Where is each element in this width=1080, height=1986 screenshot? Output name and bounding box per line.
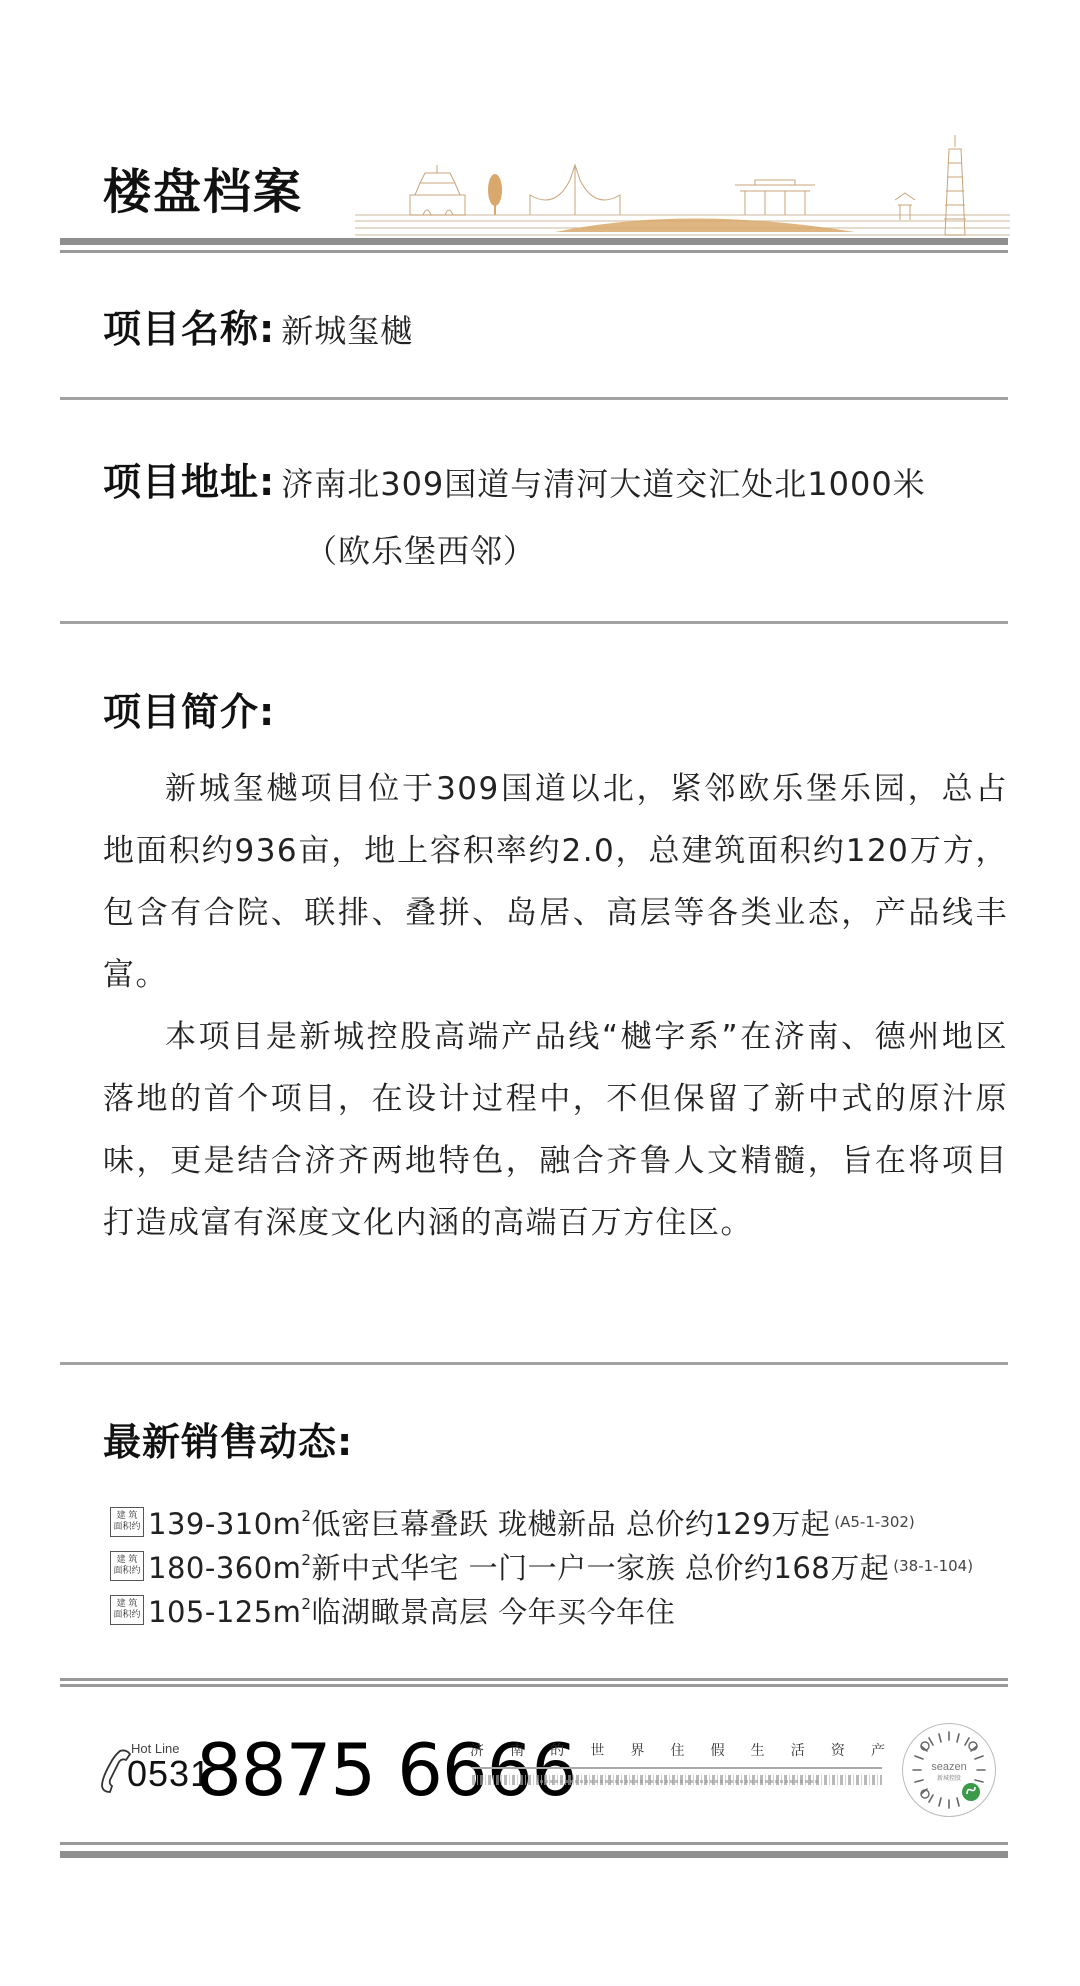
sales-item: 建 筑 面积约 180-360m2新中式华宅 一门一户一家族 总价约168万起 …: [110, 1544, 1010, 1588]
area-unit-sup: 2: [301, 1507, 311, 1525]
footer-rule-top-2: [60, 1684, 1008, 1687]
project-intro-label: 项目简介:: [103, 688, 275, 736]
slogan-char: 的: [550, 1740, 564, 1760]
slogan-char: 世: [590, 1740, 604, 1760]
project-address-line1: 济南北309国道与清河大道交汇处北1000米: [281, 460, 926, 508]
slogan-char: 住: [670, 1740, 684, 1760]
slogan-char: 假: [711, 1740, 725, 1760]
section-divider: [60, 397, 1008, 400]
sales-area: 180-360m: [148, 1551, 301, 1585]
sales-item-text: 105-125m2临湖瞰景高层 今年买今年住: [148, 1590, 675, 1631]
area-unit-sup: 2: [301, 1595, 311, 1613]
slogan-char: 产: [871, 1740, 885, 1760]
slogan-char: 南: [510, 1740, 524, 1760]
badge-line2: 面积约: [113, 1522, 140, 1533]
sales-item: 建 筑 面积约 139-310m2低密巨幕叠跃 珑樾新品 总价约129万起 (A…: [110, 1500, 1010, 1544]
slogan-char: 济: [470, 1740, 484, 1760]
qr-brand-text: seazen: [931, 1761, 966, 1773]
sales-news-list: 建 筑 面积约 139-310m2低密巨幕叠跃 珑樾新品 总价约129万起 (A…: [110, 1500, 1010, 1632]
badge-line2: 面积约: [113, 1566, 140, 1577]
header-rule-thin: [60, 250, 1008, 253]
project-name-value: 新城玺樾: [281, 307, 413, 355]
slogan-char: 界: [630, 1740, 644, 1760]
sales-news-label: 最新销售动态:: [103, 1418, 353, 1466]
slogan-char: 生: [751, 1740, 765, 1760]
project-name-label: 项目名称:: [103, 305, 275, 353]
sales-area: 139-310m: [148, 1507, 301, 1541]
project-intro-body: 新城玺樾项目位于309国道以北，紧邻欧乐堡乐园，总占地面积约936亩，地上容积率…: [103, 758, 1008, 1254]
sales-description: 低密巨幕叠跃 珑樾新品 总价约129万起: [311, 1507, 830, 1541]
slogan-rule: [472, 1767, 882, 1769]
header-rule-thick: [60, 238, 1008, 245]
project-name-row: 项目名称: 新城玺樾: [103, 305, 413, 355]
footer-rule-top-1: [60, 1678, 1008, 1681]
sales-description: 新中式华宅 一门一户一家族 总价约168万起: [311, 1551, 889, 1585]
sales-unit-note: (38-1-104): [893, 1557, 973, 1575]
slogan-char: 活: [791, 1740, 805, 1760]
intro-paragraph: 新城玺樾项目位于309国道以北，紧邻欧乐堡乐园，总占地面积约936亩，地上容积率…: [103, 758, 1008, 1006]
badge-line1: 建 筑: [117, 1555, 138, 1566]
area-unit-sup: 2: [301, 1551, 311, 1569]
section-divider: [60, 621, 1008, 624]
badge-line2: 面积约: [113, 1610, 140, 1621]
slogan: 济 南 的 世 界 住 假 生 活 资 产: [470, 1740, 885, 1760]
section-divider: [60, 1362, 1008, 1365]
page-title: 楼盘档案: [103, 162, 303, 222]
project-address-label: 项目地址:: [103, 458, 275, 506]
badge-line1: 建 筑: [117, 1511, 138, 1522]
floor-area-badge: 建 筑 面积约: [110, 1595, 144, 1625]
mini-program-qr-code[interactable]: seazen 新城控股: [902, 1723, 996, 1817]
sales-item-text: 180-360m2新中式华宅 一门一户一家族 总价约168万起: [148, 1546, 889, 1587]
footer-rule-bottom-thick: [60, 1851, 1008, 1858]
slogan-char: 资: [831, 1740, 845, 1760]
floor-area-badge: 建 筑 面积约: [110, 1507, 144, 1537]
intro-paragraph: 本项目是新城控股高端产品线“樾字系”在济南、德州地区落地的首个项目，在设计过程中…: [103, 1006, 1008, 1254]
sales-item-text: 139-310m2低密巨幕叠跃 珑樾新品 总价约129万起: [148, 1502, 830, 1543]
badge-line1: 建 筑: [117, 1599, 138, 1610]
sales-item: 建 筑 面积约 105-125m2临湖瞰景高层 今年买今年住: [110, 1588, 1010, 1632]
project-address-line2: （欧乐堡西邻）: [305, 527, 536, 575]
sales-description: 临湖瞰景高层 今年买今年住: [311, 1595, 675, 1629]
qr-brand-cn-text: 新城控股: [937, 1774, 961, 1782]
city-skyline-illustration: [355, 135, 1010, 245]
floor-area-badge: 建 筑 面积约: [110, 1551, 144, 1581]
sales-area: 105-125m: [148, 1595, 301, 1629]
sales-unit-note: (A5-1-302): [834, 1513, 915, 1531]
footer-rule-bottom-thin: [60, 1842, 1008, 1845]
fine-print-disclaimer: [540, 1780, 820, 1783]
qr-pattern-icon: seazen 新城控股: [903, 1724, 995, 1816]
project-address-row: 项目地址: 济南北309国道与清河大道交汇处北1000米: [103, 458, 926, 508]
